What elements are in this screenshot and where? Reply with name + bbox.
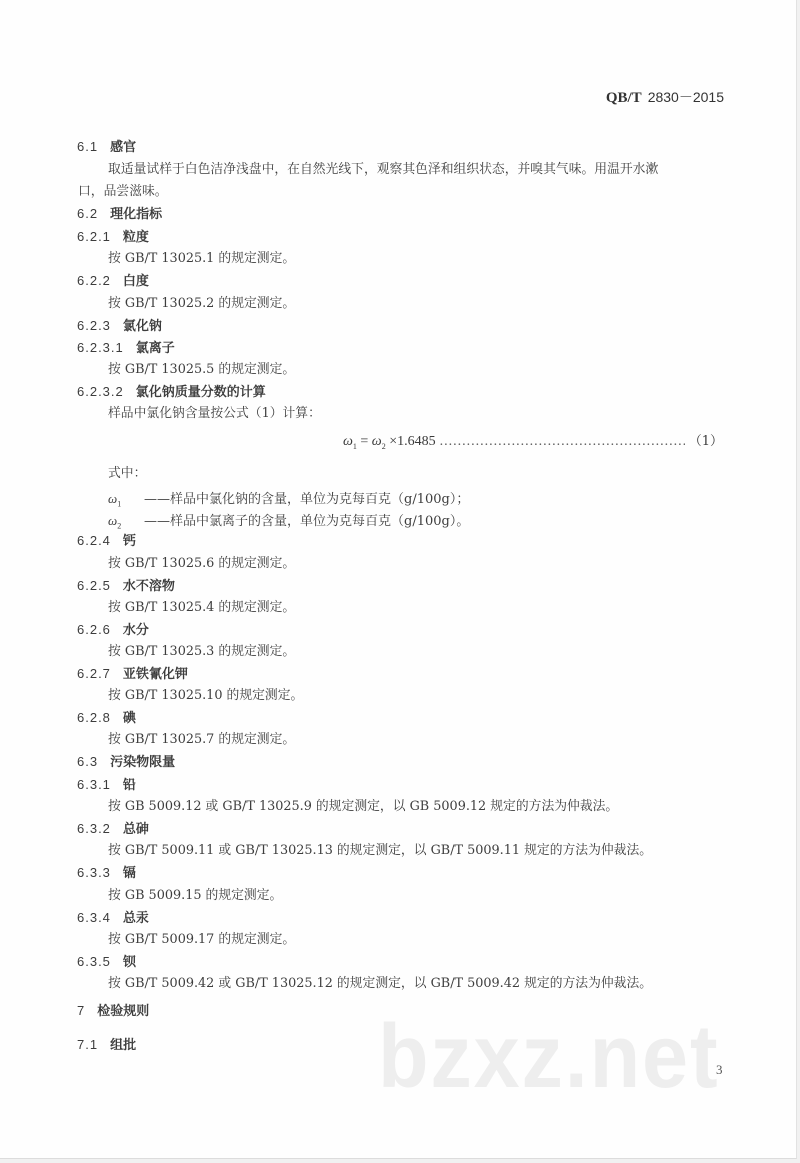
paragraph-6-2-5: 按 GB/T 13025.4 的规定测定。 [108,599,295,617]
heading-number: 6.1 [77,138,98,156]
heading-title: 理化指标 [110,207,162,222]
heading-title: 污染物限量 [110,755,175,770]
omega-symbol: ω [108,513,117,528]
paragraph-6-1-line2: 口，品尝滋味。 [78,183,168,201]
heading-title: 钙 [123,534,136,549]
heading-6-3: 6.3污染物限量 [77,753,175,772]
paragraph-6-2-7: 按 GB/T 13025.10 的规定测定。 [108,687,303,705]
heading-6-2-5: 6.2.5水不溶物 [77,577,175,596]
heading-title: 水分 [123,623,149,638]
paragraph-6-3-3: 按 GB 5009.15 的规定测定。 [108,887,282,905]
variable-symbol: ω2 [108,513,144,531]
formula-factor: ×1.6485 [386,434,436,449]
heading-number: 6.3.3 [77,864,111,882]
heading-title: 粒度 [123,230,149,245]
omega-symbol: ω [372,434,382,449]
heading-6-3-3: 6.3.3镉 [77,864,136,883]
heading-6-2-2: 6.2.2白度 [77,272,149,291]
paragraph-6-3-5: 按 GB/T 5009.42 或 GB/T 13025.12 的规定测定，以 G… [108,975,652,993]
heading-6-3-5: 6.3.5钡 [77,953,136,972]
heading-6-2-3: 6.2.3氯化钠 [77,317,162,336]
formula-1: ω1 = ω2 ×1.6485 ........................… [343,430,723,451]
heading-title: 镉 [123,866,136,881]
heading-number: 6.3.4 [77,909,111,927]
heading-number: 7.1 [77,1036,98,1054]
heading-title: 亚铁氰化钾 [123,667,188,682]
standard-prefix: QB/T [606,90,642,106]
heading-6-2-6: 6.2.6水分 [77,621,149,640]
paragraph-6-3-4: 按 GB/T 5009.17 的规定测定。 [108,931,295,949]
heading-number: 6.2.1 [77,228,111,246]
heading-title: 氯离子 [136,341,175,356]
heading-title: 碘 [123,711,136,726]
equation-number: （1） [689,430,723,449]
heading-number: 6.2.3.2 [77,383,124,401]
paragraph-6-2-3-1: 按 GB/T 13025.5 的规定测定。 [108,361,295,379]
paragraph-6-2-8: 按 GB/T 13025.7 的规定测定。 [108,731,295,749]
heading-title: 感官 [110,140,136,155]
heading-6-2: 6.2理化指标 [77,205,162,224]
heading-number: 6.3.1 [77,776,111,794]
heading-title: 氯化钠 [123,319,162,334]
heading-number: 6.2.2 [77,272,111,290]
heading-number: 7 [77,1002,85,1020]
heading-7: 7检验规则 [77,1002,149,1021]
paragraph-6-2-6: 按 GB/T 13025.3 的规定测定。 [108,643,295,661]
variable-description: ——样品中氯离子的含量，单位为克每百克（g/100g）。 [144,514,469,529]
heading-6-3-4: 6.3.4总汞 [77,909,149,928]
paragraph-6-2-1: 按 GB/T 13025.1 的规定测定。 [108,250,295,268]
heading-number: 6.3.5 [77,953,111,971]
heading-6-2-3-2: 6.2.3.2氯化钠质量分数的计算 [77,383,266,402]
heading-6-2-8: 6.2.8碘 [77,709,136,728]
heading-title: 组批 [110,1038,136,1053]
equals-sign: = [357,434,372,449]
omega-symbol: ω [108,491,117,506]
standard-code-header: QB/T2830－2015 [606,87,724,107]
paragraph-6-3-1: 按 GB 5009.12 或 GB/T 13025.9 的规定测定，以 GB 5… [108,798,618,816]
page-number: 3 [716,1062,723,1078]
heading-7-1: 7.1组批 [77,1036,136,1055]
subscript: 2 [117,522,121,531]
heading-title: 总汞 [123,911,149,926]
heading-number: 6.2.8 [77,709,111,727]
heading-number: 6.2.6 [77,621,111,639]
variable-definition-2: ω2——样品中氯离子的含量，单位为克每百克（g/100g）。 [108,510,469,531]
variable-description: ——样品中氯化钠的含量，单位为克每百克（g/100g）； [144,492,469,507]
heading-number: 6.2.4 [77,532,111,550]
paragraph-6-2-2: 按 GB/T 13025.2 的规定测定。 [108,295,295,313]
document-page: bzxz.net QB/T2830－2015 6.1感官 取适量试样于白色洁净浅… [0,0,797,1159]
leader-dots: ........................................… [440,434,685,450]
heading-6-2-1: 6.2.1粒度 [77,228,149,247]
heading-6-1: 6.1感官 [77,138,136,157]
paragraph-6-1-line1: 取适量试样于白色洁净浅盘中，在自然光线下，观察其色泽和组织状态，并嗅其气味。用温… [108,161,658,179]
heading-6-2-7: 6.2.7亚铁氰化钾 [77,665,188,684]
heading-title: 水不溶物 [123,579,175,594]
heading-title: 氯化钠质量分数的计算 [136,385,266,400]
heading-6-2-4: 6.2.4钙 [77,532,136,551]
subscript: 1 [117,500,121,509]
heading-6-3-1: 6.3.1铅 [77,776,136,795]
paragraph-6-2-4: 按 GB/T 13025.6 的规定测定。 [108,555,295,573]
heading-number: 6.2.3 [77,317,111,335]
heading-title: 钡 [123,955,136,970]
heading-number: 6.2.5 [77,577,111,595]
heading-number: 6.2 [77,205,98,223]
heading-number: 6.3.2 [77,820,111,838]
variable-definition-1: ω1——样品中氯化钠的含量，单位为克每百克（g/100g）； [108,488,469,509]
heading-title: 检验规则 [97,1004,149,1019]
heading-number: 6.2.3.1 [77,339,124,357]
heading-title: 白度 [123,274,149,289]
heading-6-3-2: 6.3.2总砷 [77,820,149,839]
omega-symbol: ω [343,434,353,449]
page-content: QB/T2830－2015 6.1感官 取适量试样于白色洁净浅盘中，在自然光线下… [0,0,796,1158]
paragraph-6-2-3-2: 样品中氯化钠含量按公式（1）计算： [108,405,321,423]
heading-title: 总砷 [123,822,149,837]
variable-symbol: ω1 [108,491,144,509]
standard-number: 2830－2015 [648,89,724,105]
formula-expression: ω1 = ω2 ×1.6485 [343,434,436,451]
heading-title: 铅 [123,778,136,793]
heading-number: 6.3 [77,753,98,771]
where-label: 式中： [108,465,146,483]
heading-number: 6.2.7 [77,665,111,683]
paragraph-6-3-2: 按 GB/T 5009.11 或 GB/T 13025.13 的规定测定，以 G… [108,842,652,860]
heading-6-2-3-1: 6.2.3.1氯离子 [77,339,175,358]
